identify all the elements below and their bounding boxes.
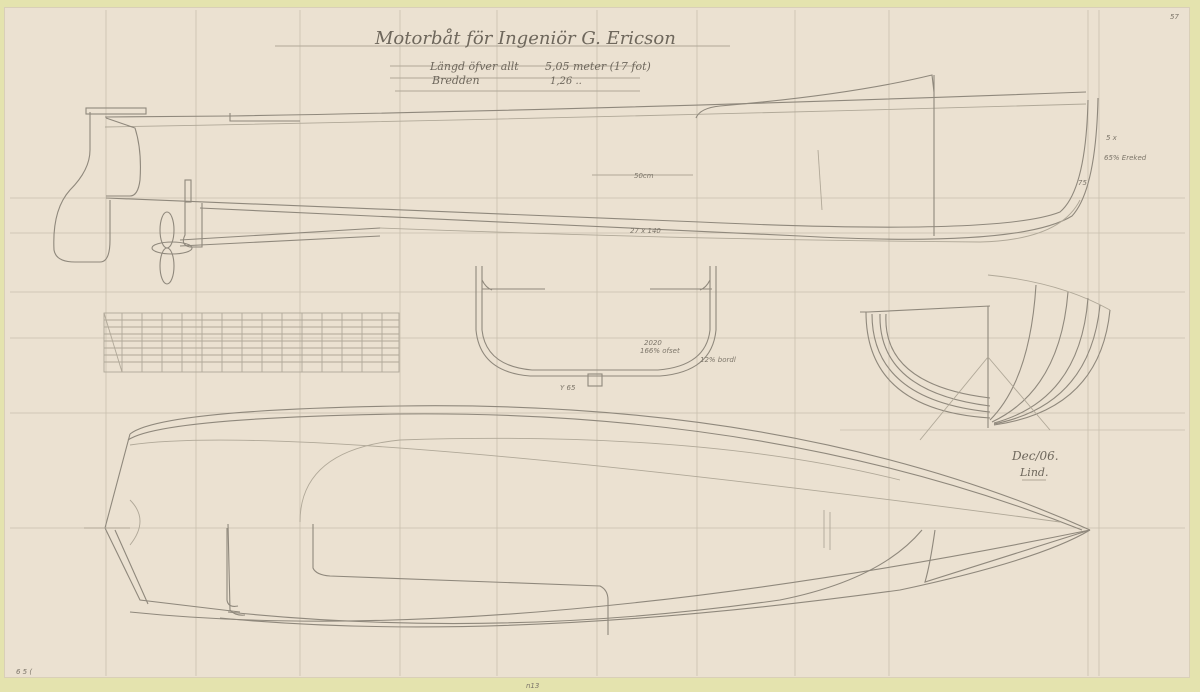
title-block: Motorbåt för Ingeniör G. Ericson Längd ö… — [275, 13, 1179, 91]
section-keel: Y 65 — [560, 384, 576, 392]
section-measure-top: 2020 — [644, 339, 662, 347]
stamp-initials: Lind. — [1019, 466, 1048, 479]
corner-mark: 57 — [1170, 13, 1179, 21]
offset-grid-view — [104, 313, 399, 372]
spec-length-label: Längd öfver allt — [429, 60, 519, 73]
drawing-title: Motorbåt för Ingeniör G. Ericson — [374, 27, 676, 49]
drawing-stage: Motorbåt för Ingeniör G. Ericson Längd ö… — [0, 0, 1200, 692]
stem-size: 65% Ereked — [1104, 154, 1147, 162]
spec-beam-value: 1,26 .. — [550, 76, 582, 87]
spec-length-value: 5,05 meter (17 fot) — [545, 60, 651, 73]
section-measure-label: 166% ofset — [640, 347, 680, 355]
approval-stamp: Dec/06. Lind. — [1011, 449, 1059, 480]
body-plan-view — [860, 275, 1110, 440]
ship-plan-drawing: Motorbåt för Ingeniör G. Ericson Längd ö… — [0, 0, 1200, 692]
section-plank: 12% bordl — [700, 356, 736, 364]
construction-grid — [10, 10, 1185, 676]
bottom-left-mark: 6 5 ( — [16, 668, 32, 676]
stamp-date: Dec/06. — [1011, 449, 1059, 463]
side-profile-view: 50cm 27 x 140 5 x 65% Ereked 75 — [54, 75, 1147, 284]
stem-width: 75 — [1078, 179, 1087, 187]
profile-dimension: 50cm — [634, 172, 654, 180]
half-breadth-plan-view — [84, 406, 1090, 635]
bottom-mark: n13 — [526, 682, 539, 690]
spec-beam-label: Bredden — [431, 74, 480, 87]
stem-mark: 5 x — [1106, 134, 1118, 142]
keel-dimension: 27 x 140 — [630, 227, 661, 235]
